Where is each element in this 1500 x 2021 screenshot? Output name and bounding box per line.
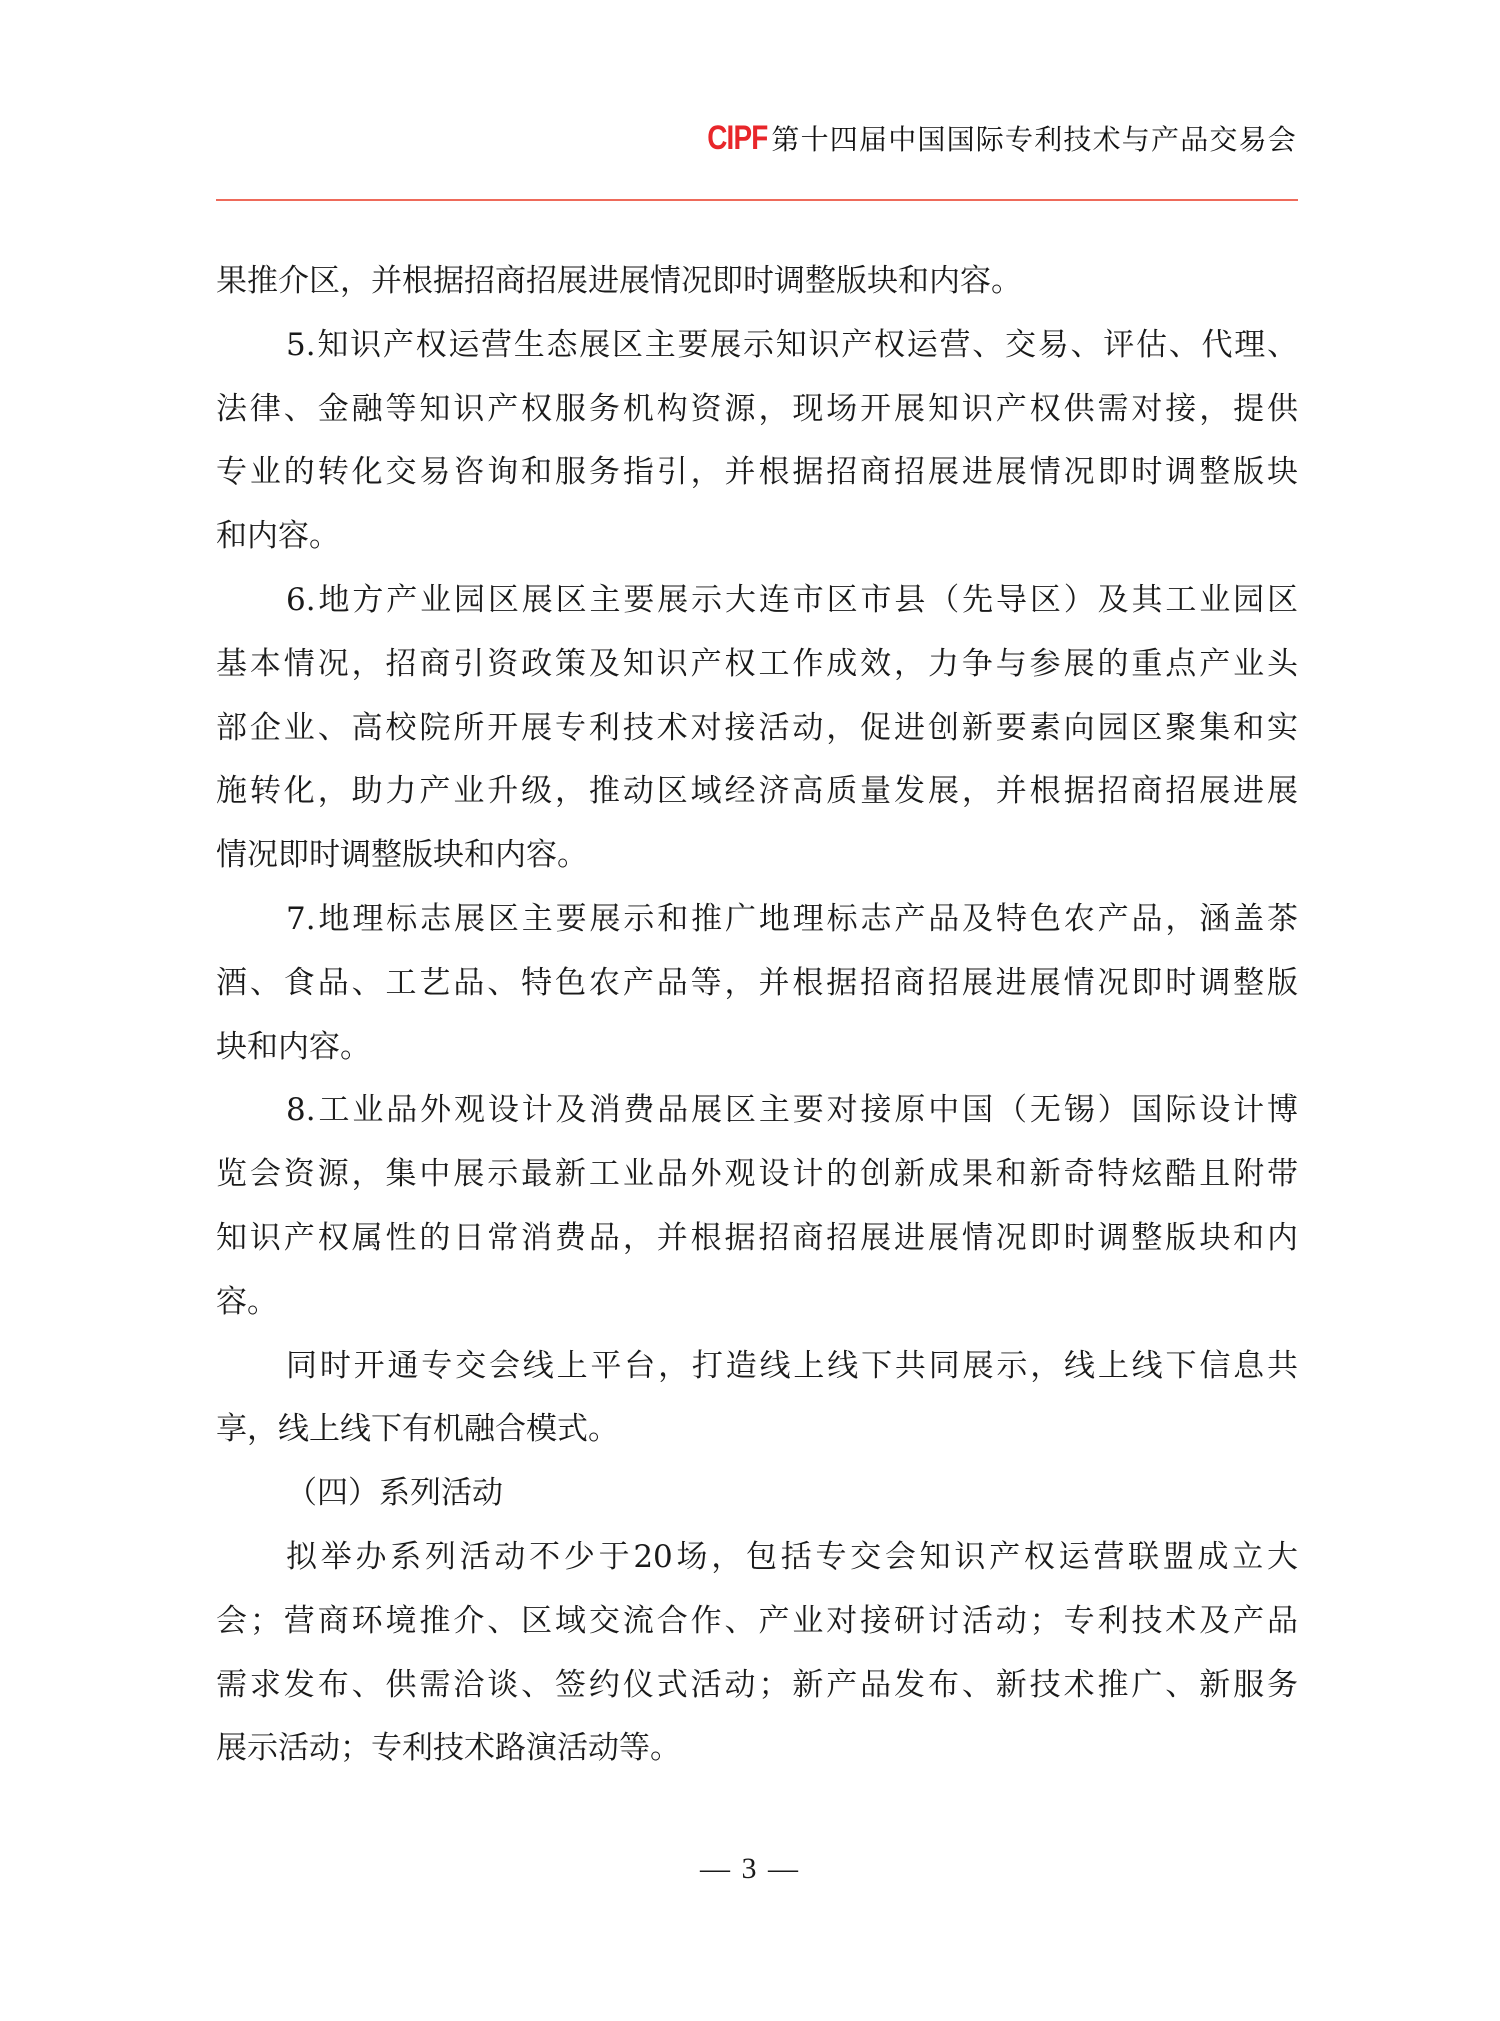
paragraph-line: 法律、金融等知识产权服务机构资源，现场开展知识产权供需对接，提供 xyxy=(216,378,1298,442)
brand-logo-text: CIPF xyxy=(707,119,767,158)
paragraph-line: 果推介区，并根据招商招展进展情况即时调整版块和内容。 xyxy=(216,250,1298,314)
body-text: 果推介区，并根据招商招展进展情况即时调整版块和内容。5.知识产权运营生态展区主要… xyxy=(216,250,1298,1781)
page-number: — 3 — xyxy=(0,1852,1500,1886)
paragraph-line: 基本情况，招商引资政策及知识产权工作成效，力争与参展的重点产业头 xyxy=(216,633,1298,697)
paragraph-first-line: 5.知识产权运营生态展区主要展示知识产权运营、交易、评估、代理、 xyxy=(216,314,1298,378)
paragraph-line: 享，线上线下有机融合模式。 xyxy=(216,1398,1298,1462)
paragraph-first-line: （四）系列活动 xyxy=(216,1462,1298,1526)
paragraph-line: 览会资源，集中展示最新工业品外观设计的创新成果和新奇特炫酷且附带 xyxy=(216,1143,1298,1207)
paragraph-line: 专业的转化交易咨询和服务指引，并根据招商招展进展情况即时调整版块 xyxy=(216,441,1298,505)
paragraph-line: 需求发布、供需洽谈、签约仪式活动；新产品发布、新技术推广、新服务 xyxy=(216,1654,1298,1718)
document-page: CIPF 第十四届中国国际专利技术与产品交易会 果推介区，并根据招商招展进展情况… xyxy=(0,0,1500,2021)
paragraph-line: 块和内容。 xyxy=(216,1016,1298,1080)
paragraph-line: 酒、食品、工艺品、特色农产品等，并根据招商招展进展情况即时调整版 xyxy=(216,952,1298,1016)
paragraph-first-line: 7.地理标志展区主要展示和推广地理标志产品及特色农产品，涵盖茶 xyxy=(216,888,1298,952)
paragraph-line: 和内容。 xyxy=(216,505,1298,569)
paragraph-first-line: 6.地方产业园区展区主要展示大连市区市县（先导区）及其工业园区 xyxy=(216,569,1298,633)
paragraph-first-line: 同时开通专交会线上平台，打造线上线下共同展示，线上线下信息共 xyxy=(216,1335,1298,1399)
paragraph-first-line: 8.工业品外观设计及消费品展区主要对接原中国（无锡）国际设计博 xyxy=(216,1079,1298,1143)
page-header: CIPF 第十四届中国国际专利技术与产品交易会 xyxy=(694,118,1297,158)
paragraph-line: 情况即时调整版块和内容。 xyxy=(216,824,1298,888)
header-title: 第十四届中国国际专利技术与产品交易会 xyxy=(771,118,1297,158)
paragraph-line: 会；营商环境推介、区域交流合作、产业对接研讨活动；专利技术及产品 xyxy=(216,1590,1298,1654)
paragraph-line: 施转化，助力产业升级，推动区域经济高质量发展，并根据招商招展进展 xyxy=(216,760,1298,824)
paragraph-first-line: 拟举办系列活动不少于20场，包括专交会知识产权运营联盟成立大 xyxy=(216,1526,1298,1590)
paragraph-line: 部企业、高校院所开展专利技术对接活动，促进创新要素向园区聚集和实 xyxy=(216,697,1298,761)
paragraph-line: 知识产权属性的日常消费品，并根据招商招展进展情况即时调整版块和内 xyxy=(216,1207,1298,1271)
paragraph-line: 展示活动；专利技术路演活动等。 xyxy=(216,1717,1298,1781)
paragraph-line: 容。 xyxy=(216,1271,1298,1335)
header-divider xyxy=(216,199,1298,201)
